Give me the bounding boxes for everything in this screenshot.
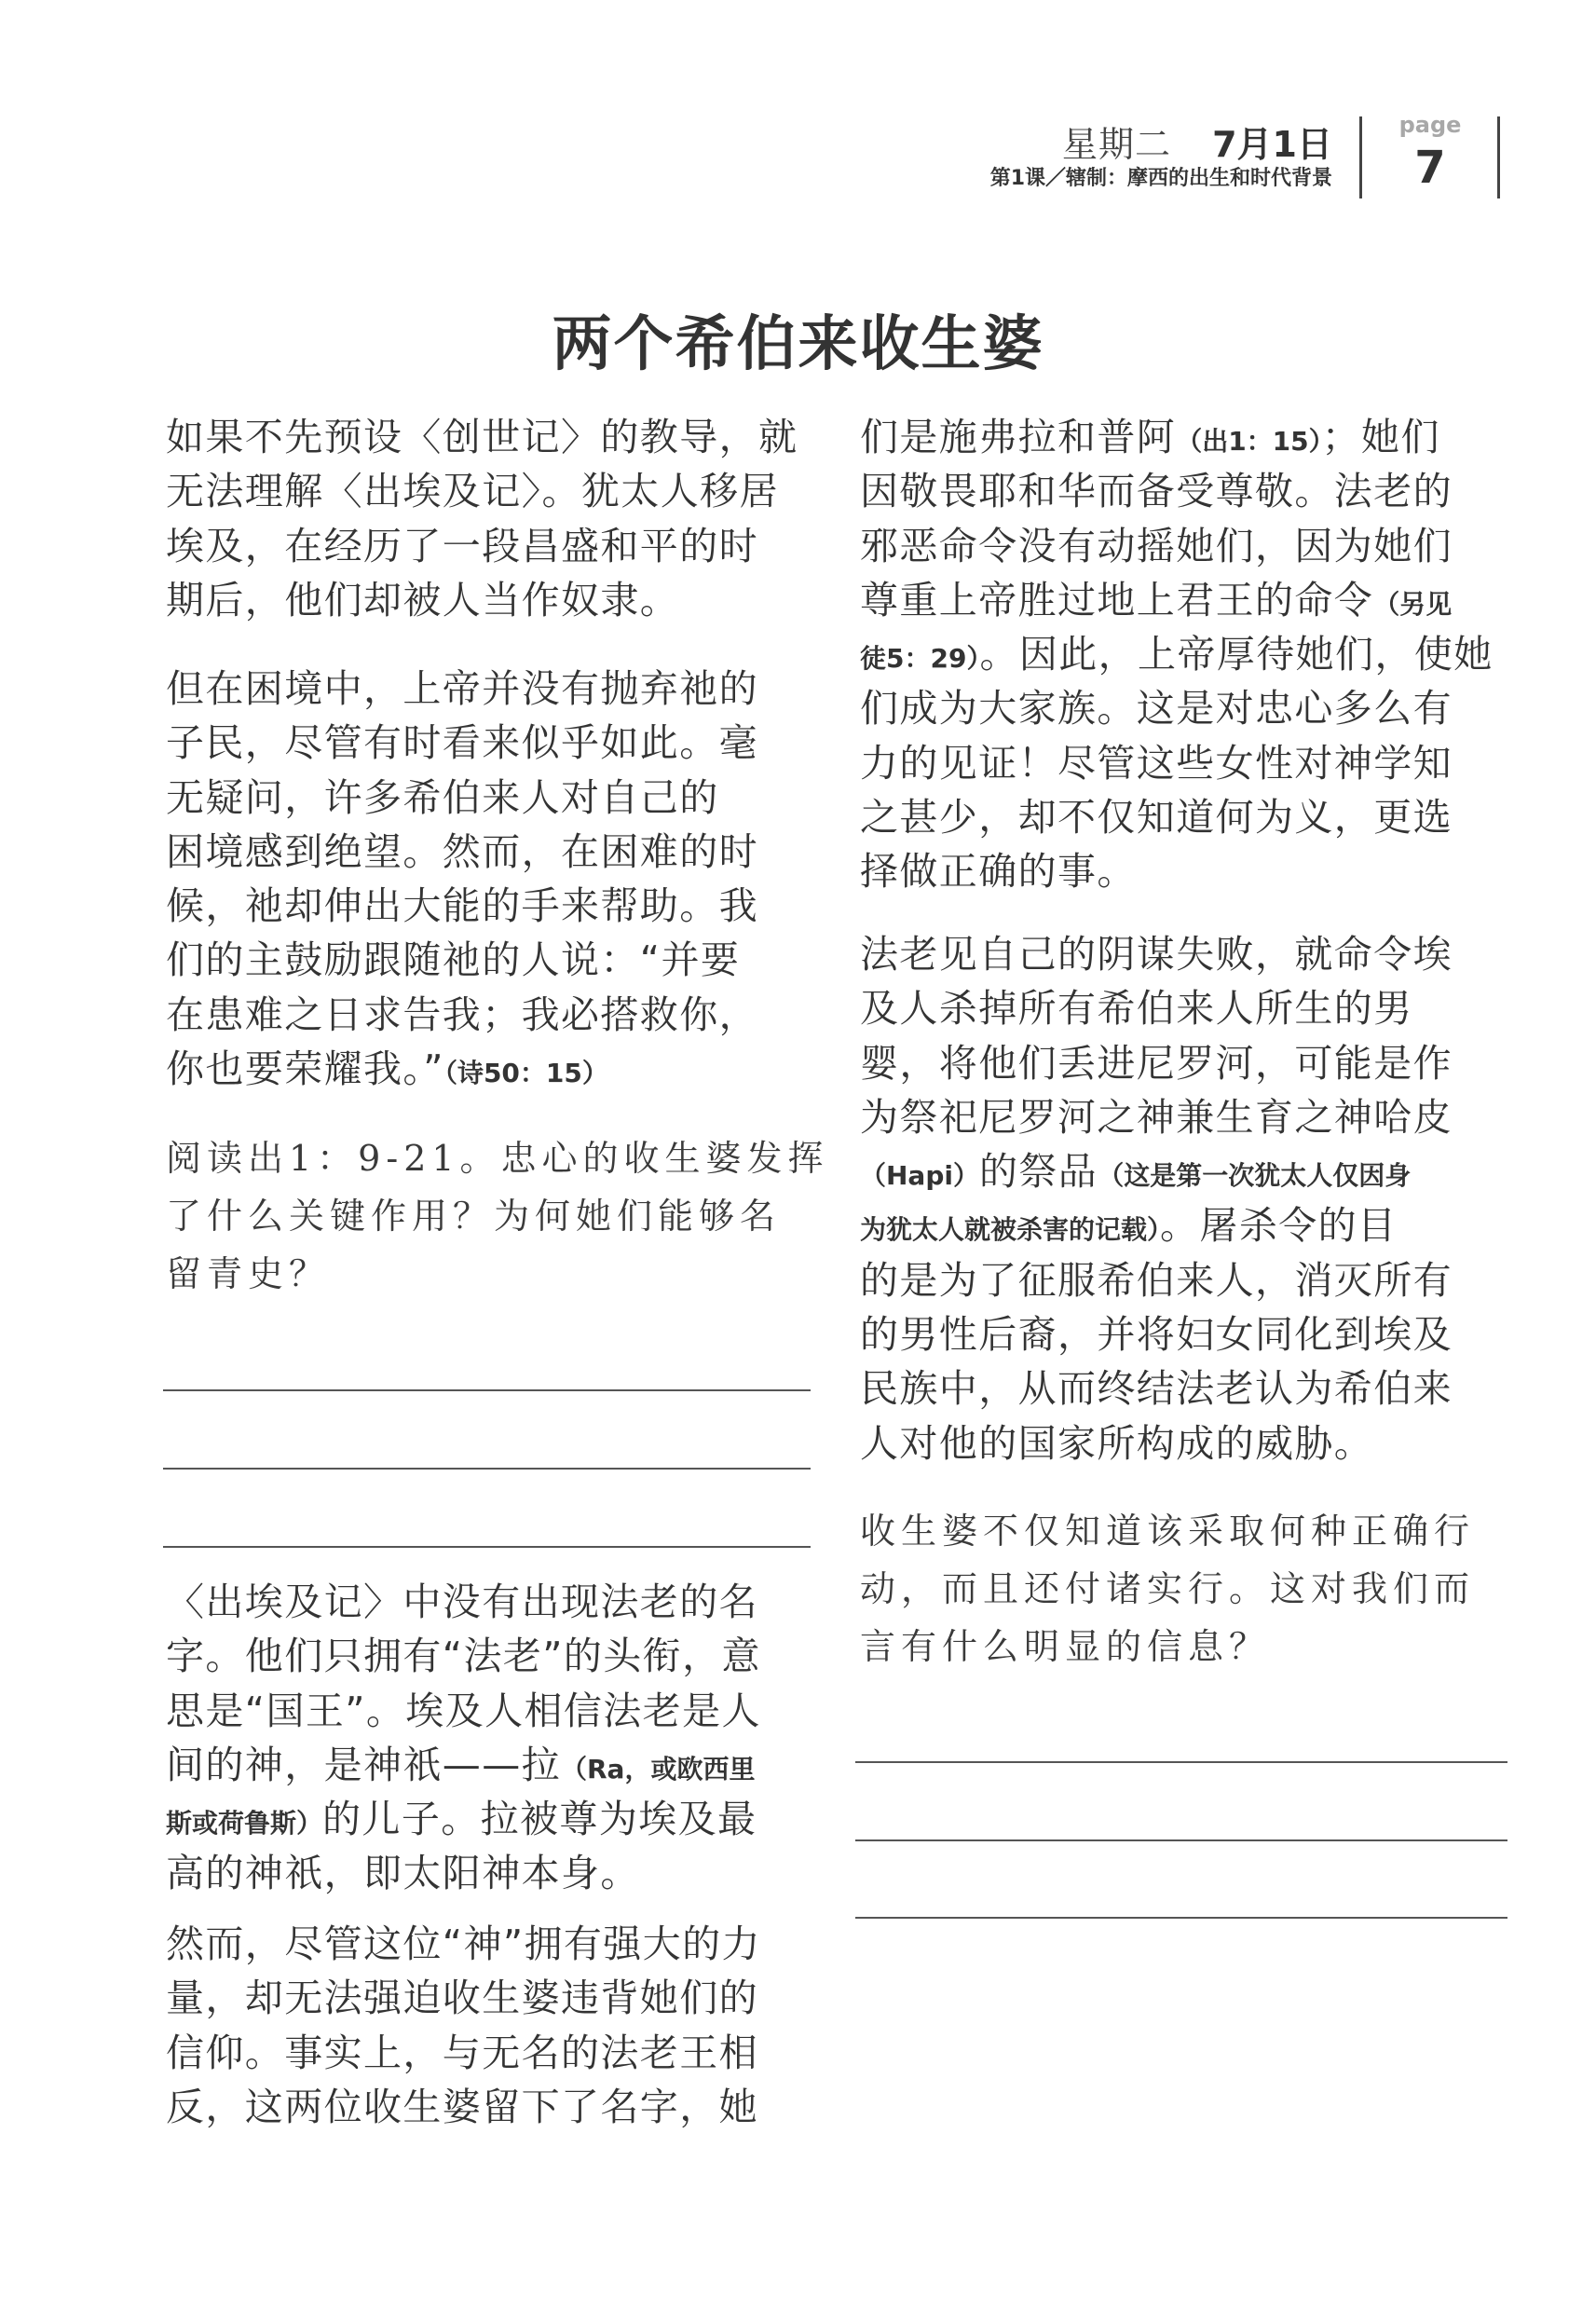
text-fragment: 们是施弗拉和普阿 — [860, 415, 1176, 459]
text-line: 困境感到绝望。然而，在困难的时 — [166, 825, 818, 879]
header-divider-left — [1359, 116, 1362, 198]
paragraph-hardship: 但在困境中，上帝并没有抛弃祂的 子民，尽管有时看来似乎如此。毫 无疑问，许多希伯… — [166, 662, 818, 1096]
text-line: 们的主鼓励跟随祂的人说：“并要 — [166, 933, 818, 987]
parenthetical-note: 为犹太人就被杀害的记载） — [860, 1214, 1160, 1245]
question-line: 收生婆不仅知道该采取何种正确行 — [860, 1502, 1512, 1560]
text-line: 力的见证！尽管这些女性对神学知 — [860, 736, 1512, 790]
answer-line-5[interactable] — [855, 1839, 1507, 1841]
text-fragment: 间的神，是神祇——拉 — [166, 1743, 561, 1787]
text-line: 如果不先预设〈创世记〉的教导，就 — [166, 410, 818, 464]
page-label: page — [1370, 112, 1491, 138]
text-line: 埃及，在经历了一段昌盛和平的时 — [166, 519, 818, 573]
text-line: 的是为了征服希伯来人，消灭所有 — [860, 1253, 1512, 1307]
text-line: 然而，尽管这位“神”拥有强大的力 — [166, 1917, 818, 1971]
scripture-reference: （另见 — [1373, 589, 1452, 620]
weekday: 星期二 — [1062, 116, 1171, 167]
question-line: 留青史？ — [166, 1245, 818, 1303]
text-line: 量，却无法强迫收生婆违背她们的 — [166, 1971, 818, 2025]
question-line: 阅读出1：9-21。忠心的收生婆发挥 — [166, 1129, 818, 1187]
text-line: 无疑问，许多希伯来人对自己的 — [166, 771, 818, 825]
text-fragment: 。因此，上帝厚待她们，使她 — [979, 632, 1493, 677]
answer-line-2[interactable] — [163, 1468, 811, 1470]
text-line: 斯或荷鲁斯）的儿子。拉被尊为埃及最 — [166, 1792, 818, 1846]
text-line: 因敬畏耶和华而备受尊敬。法老的 — [860, 464, 1512, 518]
text-line: 的男性后裔，并将妇女同化到埃及 — [860, 1307, 1512, 1361]
lesson-subtitle: 第1课／辖制：摩西的出生和时代背景 — [990, 162, 1332, 191]
question-line: 言有什么明显的信息？ — [860, 1618, 1512, 1675]
text-line: 子民，尽管有时看来似乎如此。毫 — [166, 716, 818, 770]
paragraph-midwives-honor: 们是施弗拉和普阿（出1：15）；她们 因敬畏耶和华而备受尊敬。法老的 邪恶命令没… — [860, 410, 1512, 899]
text-line: 你也要荣耀我。”（诗50：15） — [166, 1042, 818, 1096]
scripture-reference: （出1：15） — [1176, 426, 1321, 457]
text-line: 为犹太人就被杀害的记载）。屠杀令的目 — [860, 1198, 1512, 1252]
text-line: 们成为大家族。这是对忠心多么有 — [860, 681, 1512, 735]
question-line: 动，而且还付诸实行。这对我们而 — [860, 1560, 1512, 1618]
text-fragment: ；她们 — [1322, 415, 1440, 459]
page-number: 7 — [1370, 142, 1491, 194]
text-line: 候，祂却伸出大能的手来帮助。我 — [166, 879, 818, 933]
answer-line-4[interactable] — [855, 1761, 1507, 1763]
scripture-reference: （诗50：15） — [444, 1058, 608, 1088]
answer-line-1[interactable] — [163, 1389, 811, 1391]
date: 7月1日 — [1212, 116, 1332, 167]
text-line: （Hapi）的祭品（这是第一次犹太人仅因身 — [860, 1144, 1512, 1198]
text-line: 徒5：29）。因此，上帝厚待她们，使她 — [860, 627, 1512, 681]
text-line: 邪恶命令没有动摇她们，因为她们 — [860, 519, 1512, 573]
text-line: 思是“国王”。埃及人相信法老是人 — [166, 1684, 818, 1738]
study-question-1: 阅读出1：9-21。忠心的收生婆发挥 了什么关键作用？为何她们能够名 留青史？ — [166, 1129, 818, 1303]
text-line: 之甚少，却不仅知道何为义，更选 — [860, 790, 1512, 844]
text-line: 民族中，从而终结法老认为希伯来 — [860, 1361, 1512, 1415]
text-line: 无法理解〈出埃及记〉。犹太人移居 — [166, 464, 818, 518]
paragraph-intro: 如果不先预设〈创世记〉的教导，就 无法理解〈出埃及记〉。犹太人移居 埃及，在经历… — [166, 410, 818, 627]
scripture-reference: 徒5：29） — [860, 643, 979, 674]
text-line: 信仰。事实上，与无名的法老王相 — [166, 2026, 818, 2080]
text-line: 字。他们只拥有“法老”的头衔，意 — [166, 1629, 818, 1683]
parenthetical-note: （Ra，或欧西里 — [561, 1754, 755, 1785]
text-line: 间的神，是神祇——拉（Ra，或欧西里 — [166, 1738, 818, 1792]
text-line: 但在困境中，上帝并没有抛弃祂的 — [166, 662, 818, 716]
text-line: 在患难之日求告我；我必搭救你， — [166, 988, 818, 1042]
text-fragment: 的儿子。拉被尊为埃及最 — [322, 1797, 757, 1841]
text-line: 及人杀掉所有希伯来人所生的男 — [860, 981, 1512, 1035]
text-line: 婴，将他们丢进尼罗河，可能是作 — [860, 1036, 1512, 1090]
text-line: 们是施弗拉和普阿（出1：15）；她们 — [860, 410, 1512, 464]
text-line: 反，这两位收生婆留下了名字，她 — [166, 2080, 818, 2134]
quote-end: 你也要荣耀我。” — [166, 1046, 444, 1091]
text-line: 尊重上帝胜过地上君王的命令（另见 — [860, 573, 1512, 627]
text-line: 为祭祀尼罗河之神兼生育之神哈皮 — [860, 1090, 1512, 1144]
answer-line-6[interactable] — [855, 1917, 1507, 1919]
text-line: 法老见自己的阴谋失败，就命令埃 — [860, 927, 1512, 981]
paragraph-pharaoh: 〈出埃及记〉中没有出现法老的名 字。他们只拥有“法老”的头衔，意 思是“国王”。… — [166, 1575, 818, 1901]
text-fragment: 尊重上帝胜过地上君王的命令 — [860, 578, 1373, 622]
answer-line-3[interactable] — [163, 1546, 811, 1548]
paragraph-midwives-names: 然而，尽管这位“神”拥有强大的力 量，却无法强迫收生婆违背她们的 信仰。事实上，… — [166, 1917, 818, 2134]
text-line: 期后，他们却被人当作奴隶。 — [166, 573, 818, 627]
study-question-2: 收生婆不仅知道该采取何种正确行 动，而且还付诸实行。这对我们而 言有什么明显的信… — [860, 1502, 1512, 1675]
text-line: 择做正确的事。 — [860, 844, 1512, 898]
parenthetical-note: （这是第一次犹太人仅因身 — [1098, 1160, 1411, 1191]
text-line: 高的神祇，即太阳神本身。 — [166, 1846, 818, 1900]
header-divider-right — [1497, 116, 1500, 198]
text-line: 〈出埃及记〉中没有出现法老的名 — [166, 1575, 818, 1629]
parenthetical-note: （Hapi） — [860, 1160, 979, 1191]
parenthetical-note: 斯或荷鲁斯） — [166, 1808, 322, 1839]
text-fragment: 。屠杀令的目 — [1160, 1203, 1397, 1248]
text-line: 人对他的国家所构成的威胁。 — [860, 1416, 1512, 1470]
paragraph-decree: 法老见自己的阴谋失败，就命令埃 及人杀掉所有希伯来人所生的男 婴，将他们丢进尼罗… — [860, 927, 1512, 1470]
question-line: 了什么关键作用？为何她们能够名 — [166, 1187, 818, 1245]
page-title: 两个希伯来收生婆 — [0, 296, 1596, 382]
text-fragment: 的祭品 — [979, 1149, 1098, 1194]
